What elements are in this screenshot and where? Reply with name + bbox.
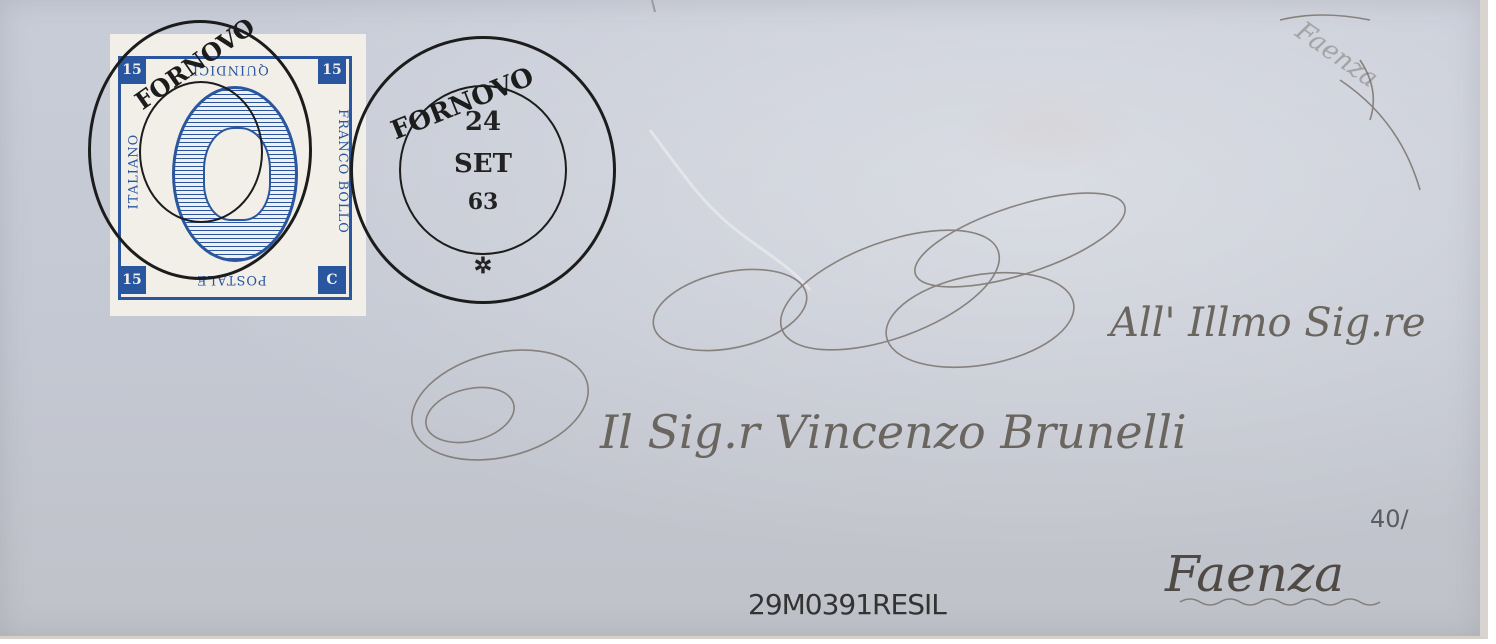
pencil-number: 40/: [1370, 505, 1409, 533]
postal-cover: 15 15 15 C QUINDICI POSTALE ITALIANO FRA…: [0, 0, 1488, 639]
postmark-on-stamp: FORNOVO: [88, 20, 312, 280]
stamp-right-label: FRANCO BOLLO: [335, 109, 350, 234]
stamp-corner-value: C: [318, 266, 346, 294]
address-recipient: Il Sig.r Vincenzo Brunelli: [600, 405, 1187, 459]
postmark-month: SET: [353, 149, 613, 179]
stamp-corner-value: 15: [318, 56, 346, 84]
address-salutation: All' Illmo Sig.re: [1110, 300, 1426, 346]
stamp-corner-value: 15: [118, 266, 146, 294]
postmark-fornovo: FORNOVO 24 SET 63 ✲: [350, 36, 616, 304]
inventory-code: 29M0391RESIL: [748, 588, 946, 621]
corner-note: Faenza: [1290, 16, 1383, 94]
address-city: Faenza: [1165, 545, 1344, 603]
postmark-ornament-icon: ✲: [353, 253, 613, 279]
postmark-day: 24: [353, 107, 613, 137]
postmark-year: 63: [353, 189, 613, 215]
